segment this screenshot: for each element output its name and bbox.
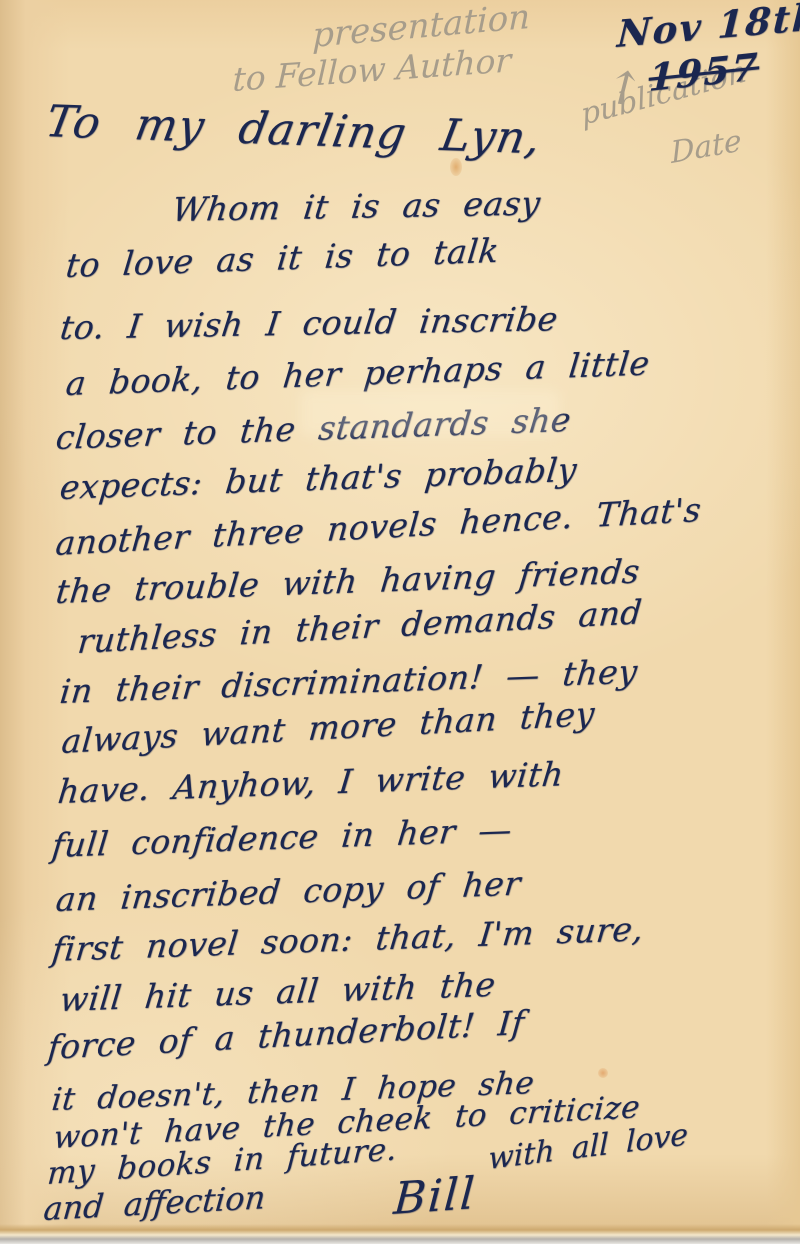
handwriting-line: Whom it is as easy	[170, 183, 543, 229]
handwriting-line: to. I wish I could inscribe	[58, 299, 560, 347]
handwriting-line: a book, to her perhaps a little	[64, 343, 652, 403]
salutation-line: To my darling Lyn,	[42, 96, 545, 164]
handwriting-line: expects: but that's probably	[58, 450, 579, 507]
paper-stain	[598, 1068, 608, 1078]
pencil-note-to-fellow-author: to Fellow Author	[232, 40, 512, 99]
book-page-scan: presentation to Fellow Author ↑ publicat…	[0, 0, 800, 1244]
handwriting-line: have. Anyhow, I write with	[56, 754, 566, 811]
signature: Bill	[392, 1168, 478, 1225]
page-bottom-edge	[0, 1224, 800, 1244]
handwriting-line: full confidence in her —	[50, 810, 514, 865]
handwriting-line: to love as it is to talk	[64, 231, 501, 285]
date-year: 1957	[648, 44, 760, 100]
handwriting-line: first novel soon: that, I'm sure,	[50, 909, 646, 969]
handwriting-line: an inscribed copy of her	[54, 864, 523, 919]
handwriting-line: closer to the standards she	[54, 400, 573, 457]
date-month-day: Nov 18th	[616, 0, 800, 56]
pencil-note-date-word: Date	[670, 123, 743, 171]
